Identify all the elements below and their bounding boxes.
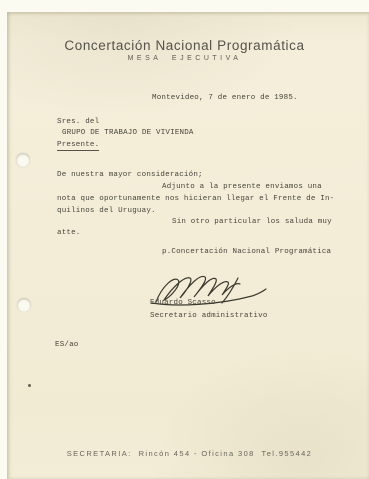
body-line-4: Sin otro particular los saluda muy (172, 218, 332, 226)
hole-punch-icon (17, 298, 31, 312)
signoff-organization: p.Concertación Nacional Programática (162, 248, 331, 256)
recipient-line-3: Presente. (57, 141, 99, 151)
signatory-name: Eduardo Scasso (150, 299, 216, 307)
hole-punch-icon (16, 153, 30, 167)
reference-initials: ES/ao (55, 341, 79, 349)
body-line-5: atte. (57, 229, 81, 237)
signatory-title: Secretario administrativo (150, 312, 268, 320)
body-line-2: nota que oportunamente nos hicieran lleg… (57, 195, 334, 203)
body-line-1: Adjunto a la presente enviamos una (162, 183, 322, 191)
letterhead-subtitle: MESA EJECUTIVA (0, 55, 369, 62)
body-line-3: quilinos del Uruguay. (57, 207, 156, 215)
letterhead-organization: Concertación Nacional Programática (0, 38, 369, 53)
ink-speck (28, 384, 31, 387)
scanned-letter: Concertación Nacional Programática MESA … (0, 0, 369, 479)
dateline: Montevideo, 7 de enero de 1985. (152, 94, 298, 102)
footer-address: SECRETARIA: Rincón 454 - Oficina 308 Tel… (10, 449, 369, 458)
salutation: De nuestra mayor consideración; (57, 171, 203, 179)
recipient-line-2: GRUPO DE TRABAJO DE VIVIENDA (62, 129, 194, 137)
recipient-line-1: Sres. del (57, 118, 99, 126)
paper-sheet (7, 12, 369, 479)
